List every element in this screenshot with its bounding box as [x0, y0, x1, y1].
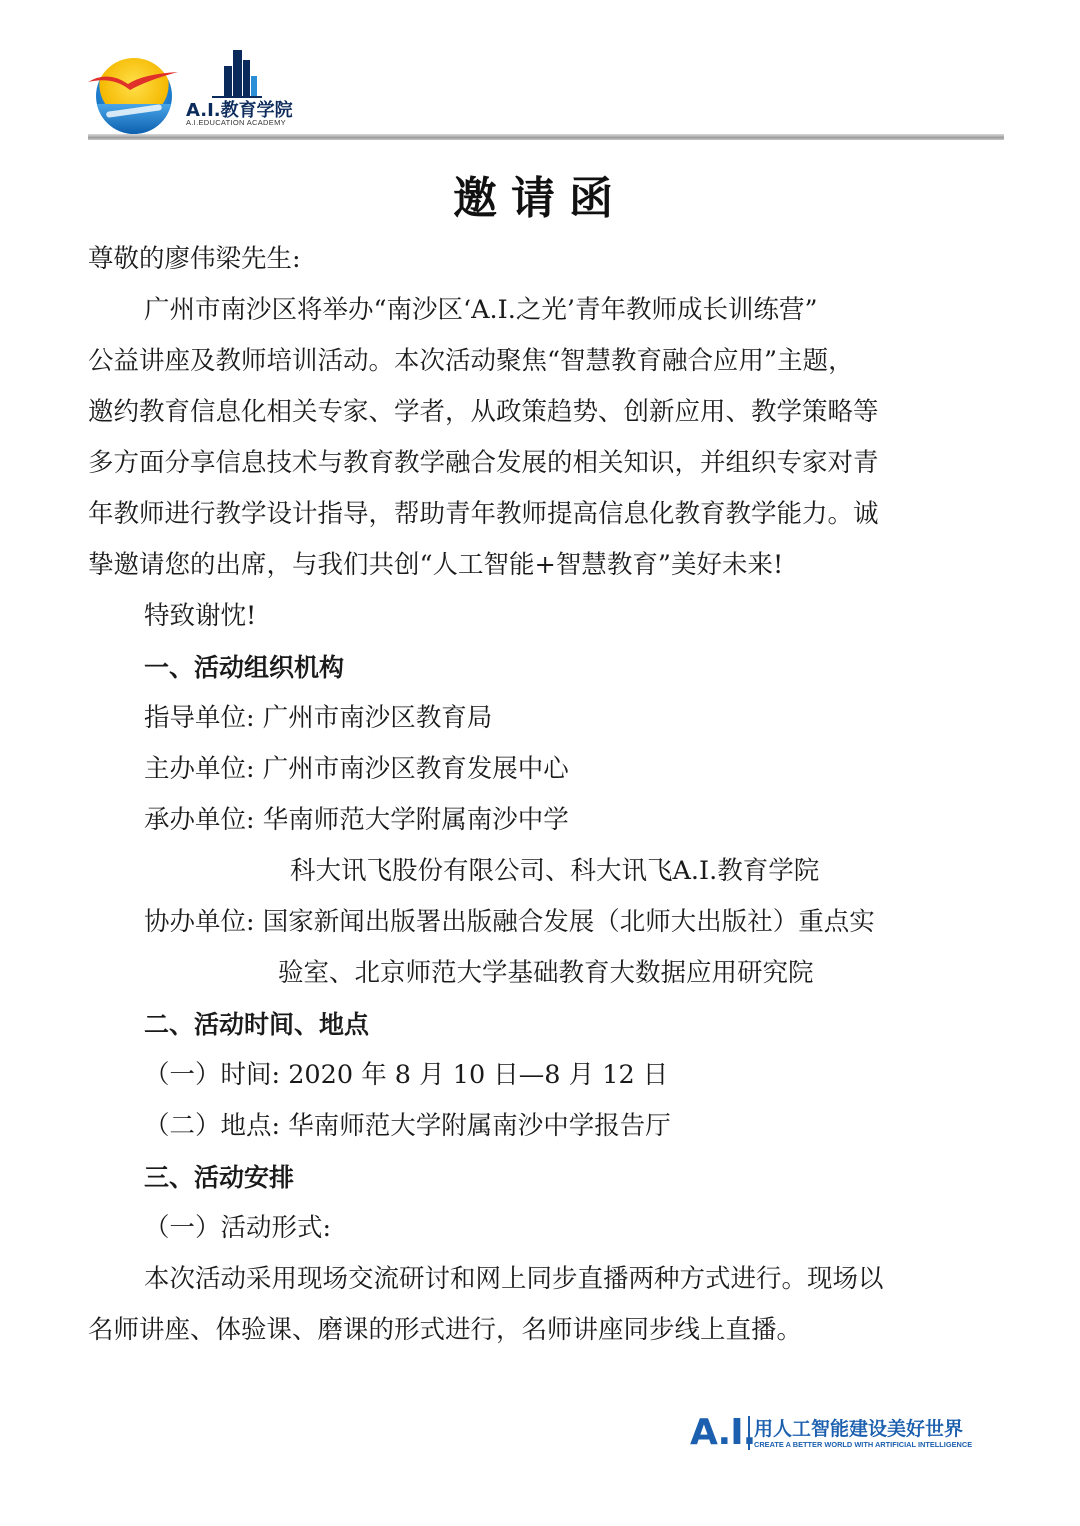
section-heading-time-place: 二、活动时间、地点 — [88, 999, 998, 1050]
organizer-unit: 承办单位: 华南师范大学附属南沙中学 — [88, 795, 998, 846]
body-line: 公益讲座及教师培训活动。本次活动聚焦“智慧教育融合应用”主题， — [88, 336, 998, 387]
document-title: 邀请函 — [0, 162, 1080, 226]
body-line: 多方面分享信息技术与教育教学融合发展的相关知识，并组织专家对青 — [88, 438, 998, 489]
section-heading-arrangement: 三、活动安排 — [88, 1152, 998, 1203]
form-line: 名师讲座、体验课、磨课的形式进行，名师讲座同步线上直播。 — [88, 1305, 998, 1356]
logo-swoosh-icon — [88, 70, 178, 90]
guide-unit: 指导单位: 广州市南沙区教育局 — [88, 693, 998, 744]
slogan-chinese: 用人工智能建设美好世界 — [754, 1414, 963, 1441]
section-heading-organization: 一、活动组织机构 — [88, 642, 998, 693]
logo-subtext: A.I.EDUCATION ACADEMY — [186, 118, 286, 127]
co-organizer-unit-continued: 验室、北京师范大学基础教育大数据应用研究院 — [88, 948, 998, 999]
slogan-english: CREATE A BETTER WORLD WITH ARTIFICIAL IN… — [754, 1440, 972, 1449]
body-line: 广州市南沙区将举办“南沙区‘A.I.之光’青年教师成长训练营” — [88, 285, 998, 336]
form-heading: （一）活动形式: — [88, 1203, 998, 1254]
organizer-unit-continued: 科大讯飞股份有限公司、科大讯飞A.I.教育学院 — [88, 846, 998, 897]
letter-body: 尊敬的廖伟梁先生: 广州市南沙区将举办“南沙区‘A.I.之光’青年教师成长训练营… — [88, 234, 998, 1356]
academy-logo: A.I.教育学院 A.I.EDUCATION ACADEMY — [92, 44, 312, 134]
salutation: 尊敬的廖伟梁先生: — [88, 234, 998, 285]
ai-mark-icon: A.I. — [690, 1412, 755, 1453]
thanks-line: 特致谢忱! — [88, 591, 998, 642]
body-line: 挚邀请您的出席，与我们共创“人工智能+智慧教育”美好未来! — [88, 540, 998, 591]
header-divider — [88, 134, 1004, 140]
form-line: 本次活动采用现场交流研讨和网上同步直播两种方式进行。现场以 — [88, 1254, 998, 1305]
footer-divider — [748, 1416, 750, 1450]
body-line: 邀约教育信息化相关专家、学者，从政策趋势、创新应用、教学策略等 — [88, 387, 998, 438]
buildings-icon — [212, 48, 262, 100]
event-place: （二）地点: 华南师范大学附属南沙中学报告厅 — [88, 1101, 998, 1152]
co-organizer-unit: 协办单位: 国家新闻出版署出版融合发展（北师大出版社）重点实 — [88, 897, 998, 948]
body-line: 年教师进行教学设计指导，帮助青年教师提高信息化教育教学能力。诚 — [88, 489, 998, 540]
event-time: （一）时间: 2020 年 8 月 10 日—8 月 12 日 — [88, 1050, 998, 1101]
footer-slogan-logo: A.I. 用人工智能建设美好世界 CREATE A BETTER WORLD W… — [690, 1408, 990, 1458]
host-unit: 主办单位: 广州市南沙区教育发展中心 — [88, 744, 998, 795]
